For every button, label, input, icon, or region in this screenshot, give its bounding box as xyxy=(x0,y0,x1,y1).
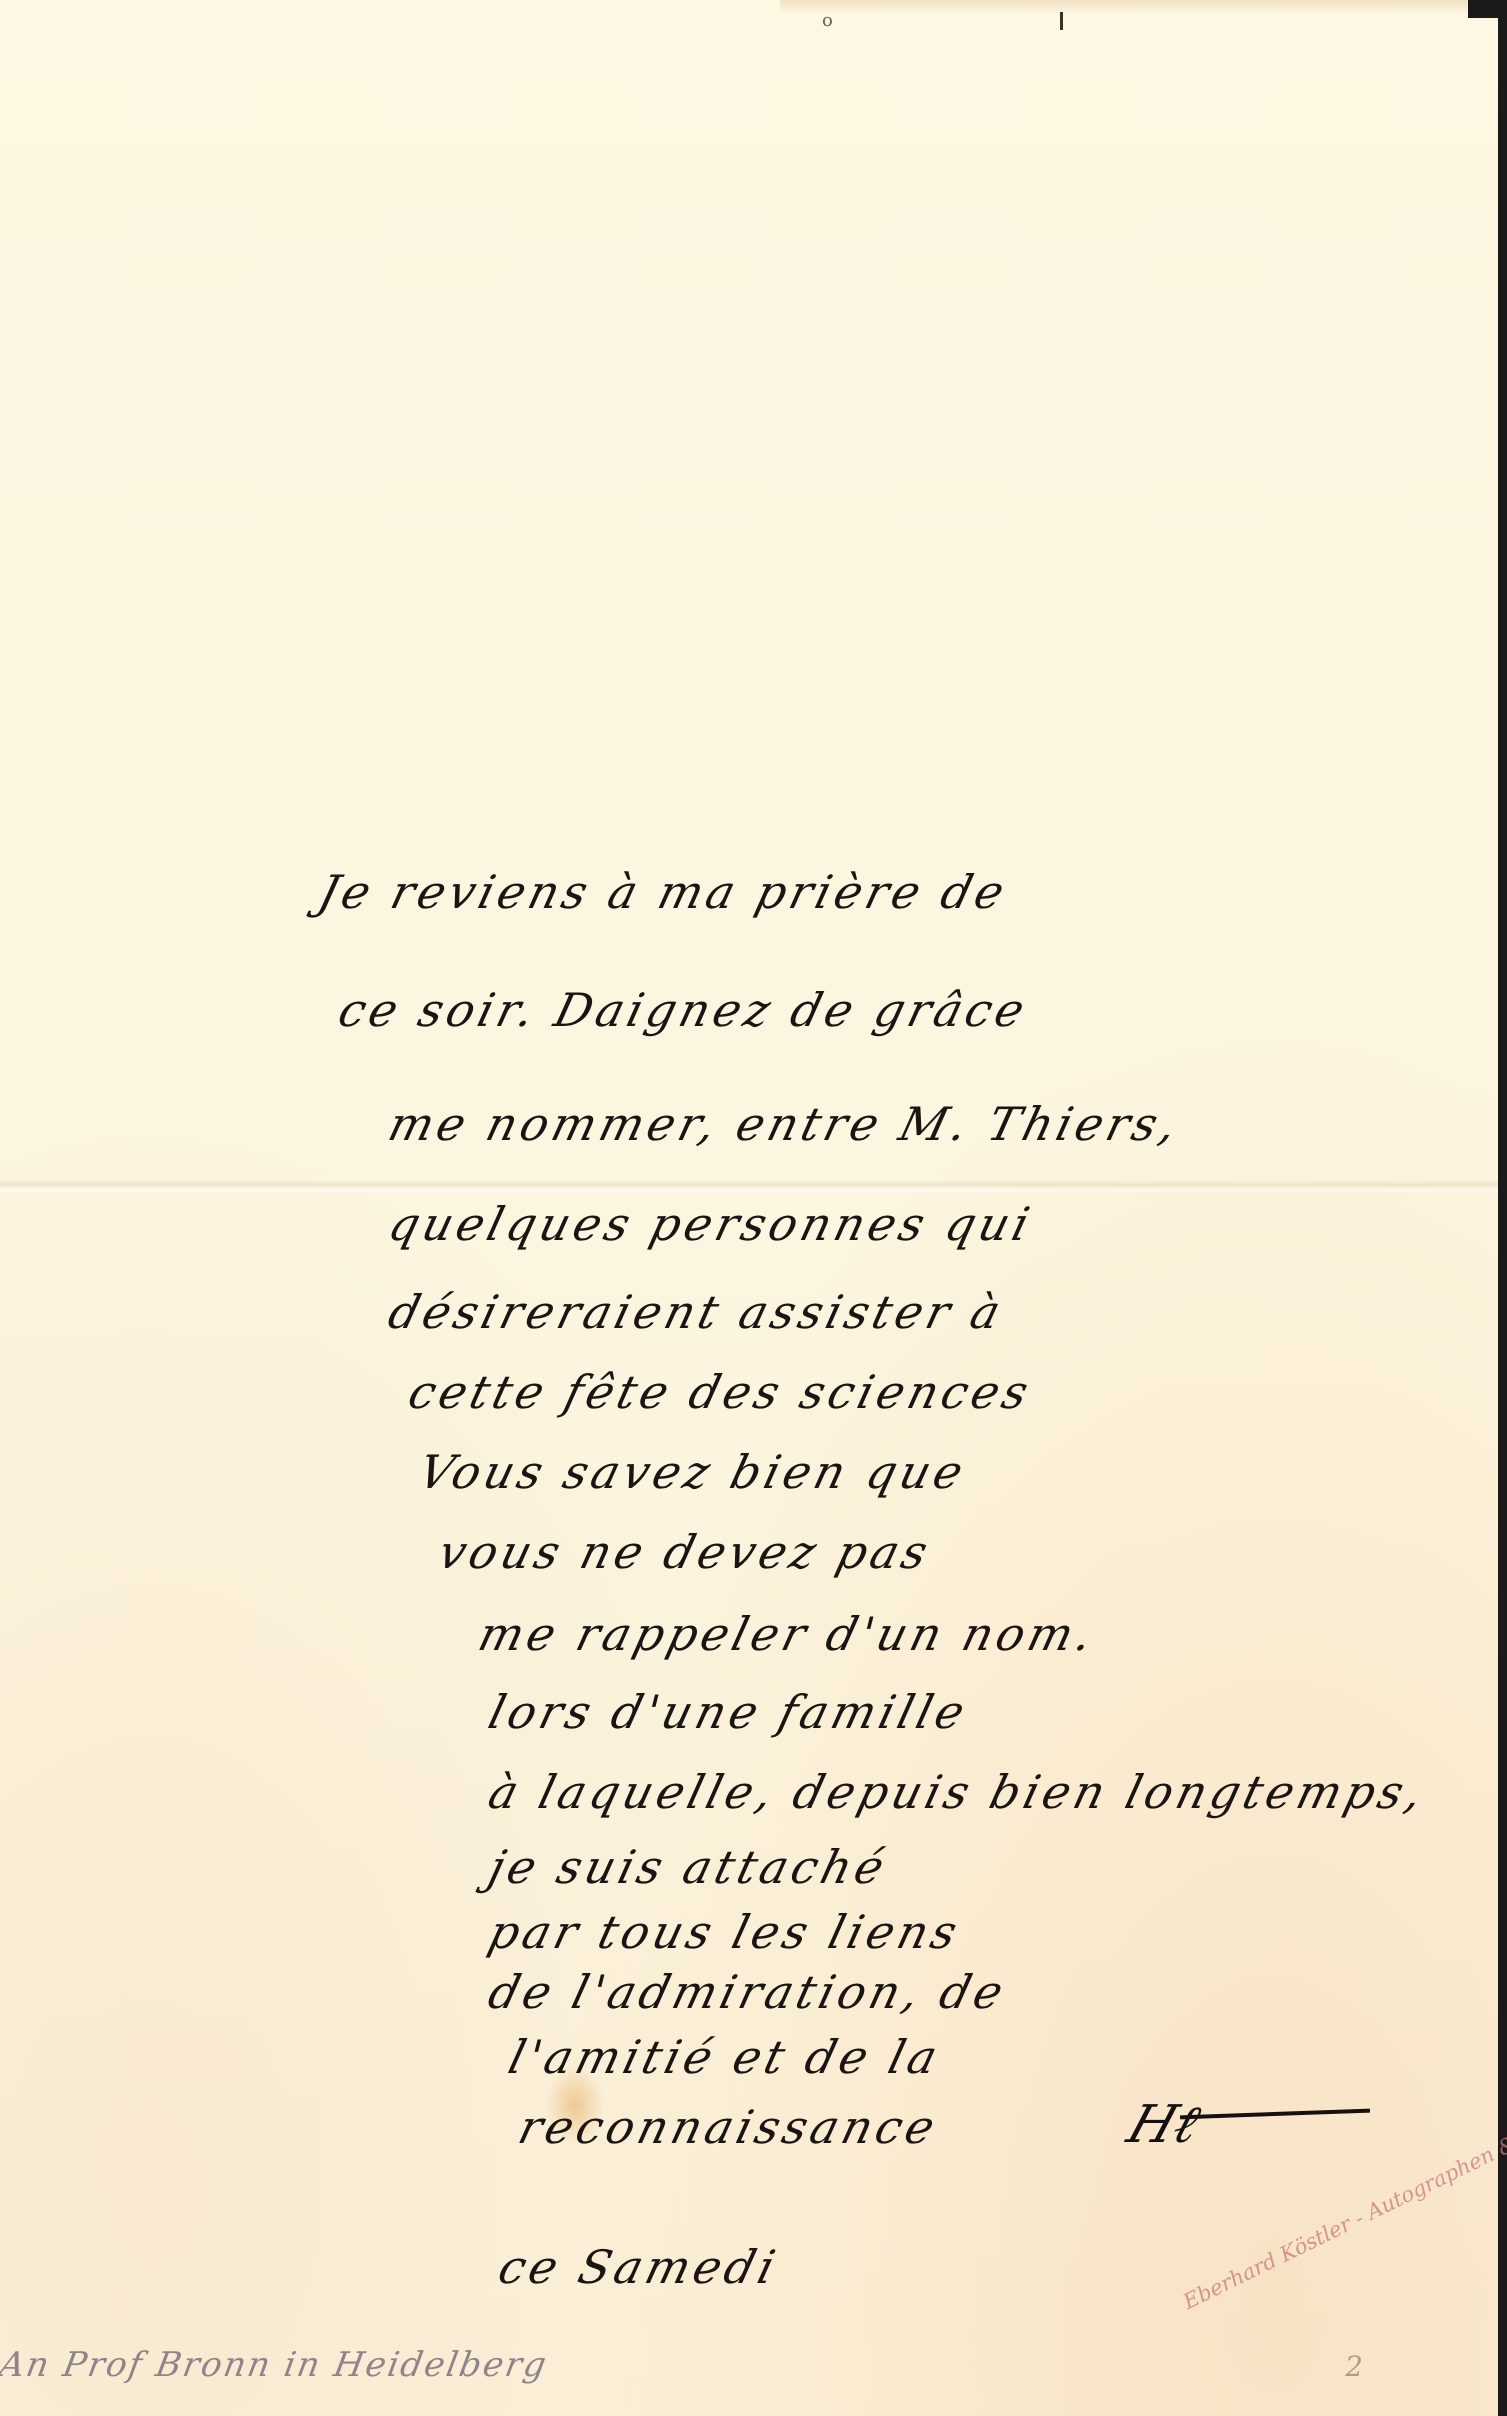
dateline: ce Samedi xyxy=(493,2240,784,2294)
scan-background-corner xyxy=(1468,0,1498,18)
letter-line: à laquelle, depuis bien longtemps, xyxy=(483,1765,1432,1819)
letter-line: ce soir. Daignez de grâce xyxy=(333,983,1034,1037)
letter-line: de l'admiration, de xyxy=(483,1965,1012,2019)
letter-line: désireraient assister à xyxy=(383,1285,1009,1339)
pencil-annotation: An Prof Bronn in Heidelberg xyxy=(0,2345,551,2385)
page-number-mark: 2 xyxy=(1342,2350,1366,2383)
signature-flourish xyxy=(1180,2109,1370,2120)
paper-fold-line xyxy=(0,1180,1498,1194)
letter-line: je suis attaché xyxy=(483,1840,893,1894)
top-edge-shadow xyxy=(780,0,1498,14)
dealer-watermark: Eberhard Köstler - Autographen & Bücher xyxy=(1179,2095,1507,2314)
letter-line: me nommer, entre M. Thiers, xyxy=(383,1097,1186,1151)
letter-line: quelques personnes qui xyxy=(383,1197,1038,1251)
letter-line: me rappeler d'un nom. xyxy=(473,1607,1102,1661)
letter-line: lors d'une famille xyxy=(483,1685,974,1739)
letter-line: cette fête des sciences xyxy=(403,1365,1037,1419)
letter-line: Vous savez bien que xyxy=(413,1445,972,1499)
letter-line: par tous les liens xyxy=(483,1905,966,1959)
letter-line: vous ne devez pas xyxy=(433,1525,937,1579)
signature: Hℓ xyxy=(1120,2095,1207,2155)
top-ink-mark: o xyxy=(822,10,833,31)
letter-line: Je reviens à ma prière de xyxy=(313,865,1013,919)
letter-line: reconnaissance xyxy=(513,2100,944,2154)
letter-line: l'amitié et de la xyxy=(503,2030,946,2084)
top-ink-tick xyxy=(1060,12,1063,30)
letter-sheet: o Je reviens à ma prière de ce soir. Dai… xyxy=(0,0,1498,2416)
